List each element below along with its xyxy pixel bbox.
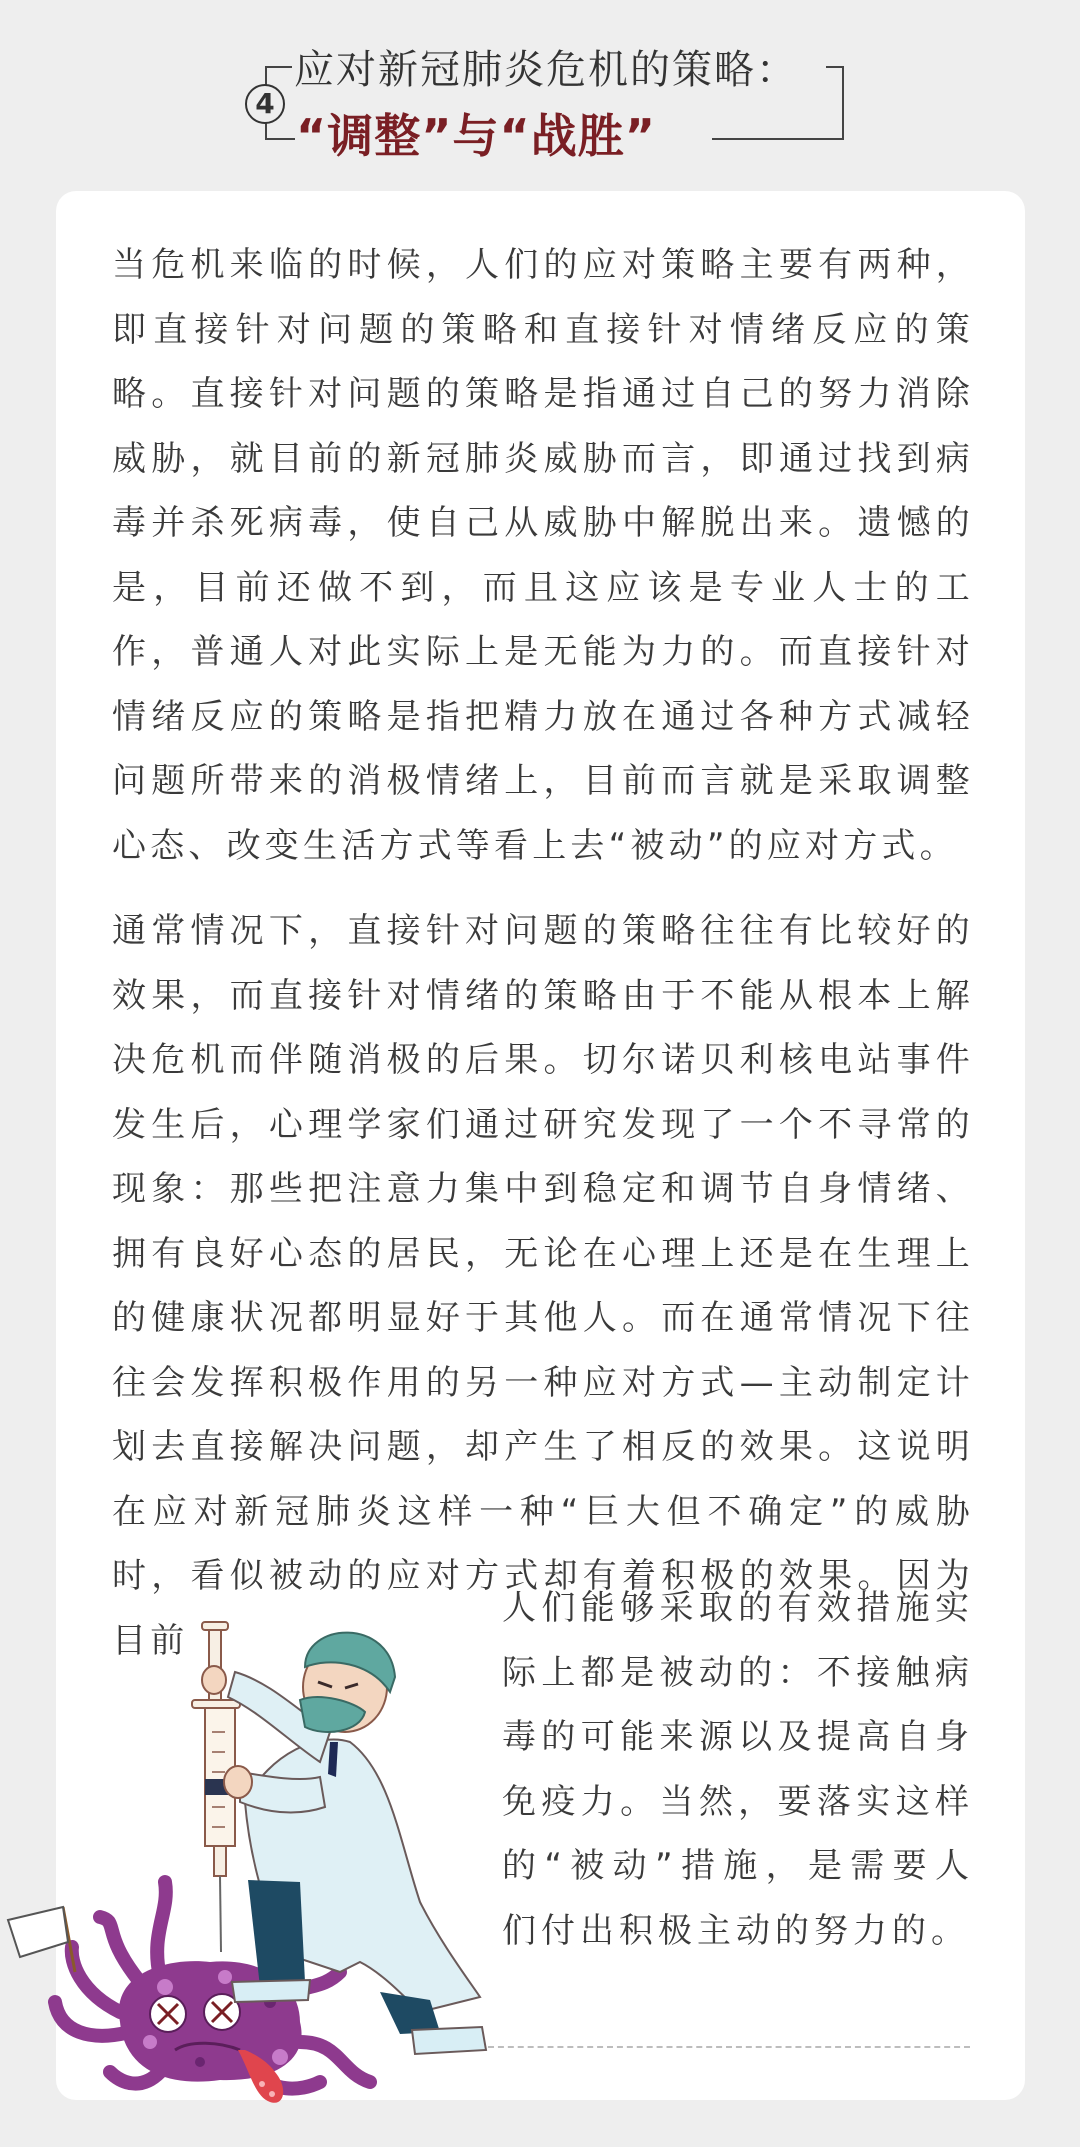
dashed-divider xyxy=(488,2046,970,2048)
paragraph-2: 通常情况下，直接针对问题的策略往往有比较好的效果，而直接针对情绪的策略由于不能从… xyxy=(112,899,974,1673)
frame-right-bottom xyxy=(712,138,844,140)
section-subtitle: 应对新冠肺炎危机的策略： xyxy=(292,38,802,95)
paragraph-1: 当危机来临的时候，人们的应对策略主要有两种，即直接针对问题的策略和直接针对情绪反… xyxy=(112,233,974,878)
section-number-badge: 4 xyxy=(245,84,285,124)
section-title: “调整”与“战胜” xyxy=(296,100,662,166)
paragraph-text: 当危机来临的时候，人们的应对策略主要有两种，即直接针对问题的策略和直接针对情绪反… xyxy=(112,233,974,878)
frame-right-vertical xyxy=(842,66,844,140)
frame-left-top xyxy=(265,66,295,68)
doctor-syringe-illustration xyxy=(0,1602,500,2122)
frame-left-bottom xyxy=(265,138,295,140)
paragraph-3-wrapped: 人们能够采取的有效措施实际上都是被动的：不接触病毒的可能来源以及提高自身免疫力。… xyxy=(502,1576,974,1963)
section-header: 4 应对新冠肺炎危机的策略： “调整”与“战胜” xyxy=(0,0,1080,180)
article-card: 当危机来临的时候，人们的应对策略主要有两种，即直接针对问题的策略和直接针对情绪反… xyxy=(56,191,1025,2100)
paragraph-text: 人们能够采取的有效措施实际上都是被动的：不接触病毒的可能来源以及提高自身免疫力。… xyxy=(502,1576,974,1963)
paragraph-text: 通常情况下，直接针对问题的策略往往有比较好的效果，而直接针对情绪的策略由于不能从… xyxy=(112,899,974,1673)
doctor-icon xyxy=(202,1633,486,2054)
